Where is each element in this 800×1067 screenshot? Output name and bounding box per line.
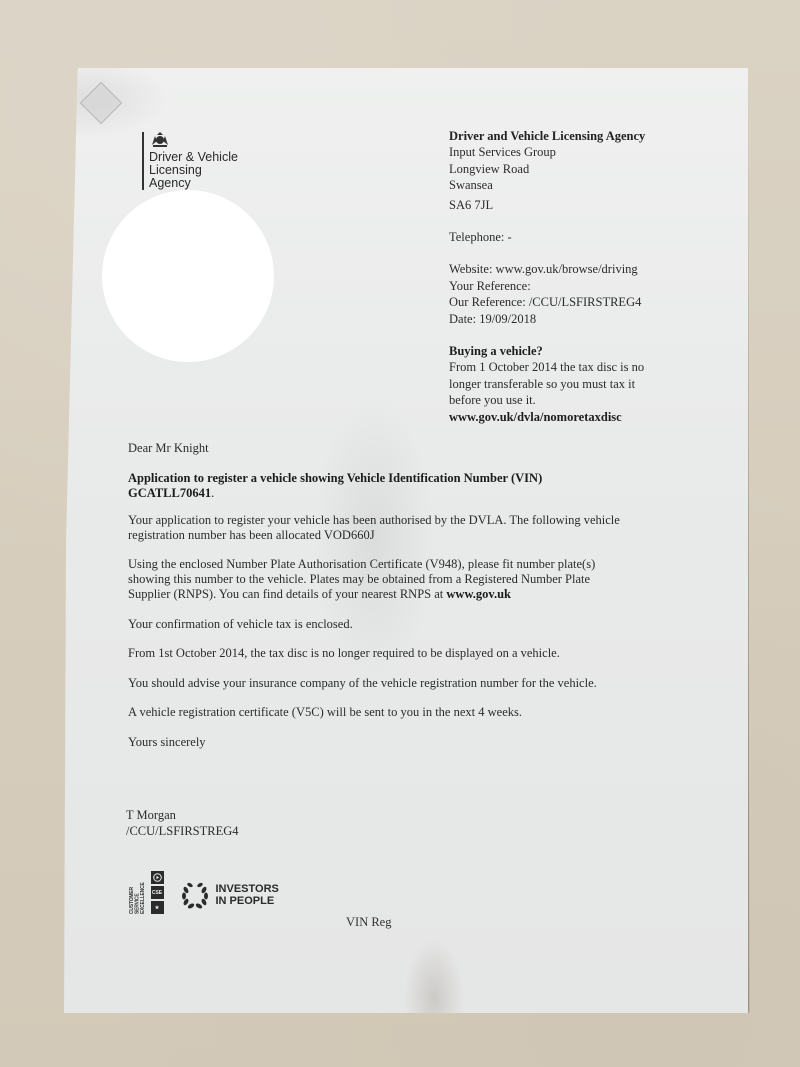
paragraph-v5c: A vehicle registration certificate (V5C)…	[128, 705, 673, 720]
signature-block: T Morgan /CCU/LSFIRSTREG4	[126, 808, 239, 839]
notice-line: longer transferable so you must tax it	[449, 376, 645, 392]
notice-link: www.gov.uk/dvla/nomoretaxdisc	[449, 409, 645, 425]
laurel-wreath-icon	[180, 880, 210, 910]
cse-text: CUSTOMER SERVICE EXCELLENCE	[130, 870, 147, 914]
footer-logos: CUSTOMER SERVICE EXCELLENCE CSE ★	[130, 870, 279, 914]
iip-line: IN PEOPLE	[216, 895, 279, 907]
gov-uk-link: www.gov.uk	[446, 587, 511, 601]
our-reference: Our Reference: /CCU/LSFIRSTREG4	[449, 294, 645, 310]
paragraph-tax-confirmation: Your confirmation of vehicle tax is encl…	[128, 617, 673, 632]
redaction-circle	[102, 190, 274, 362]
paragraph-authorised: Your application to register your vehicl…	[128, 513, 673, 543]
signatory-reference: /CCU/LSFIRSTREG4	[126, 824, 239, 840]
telephone: Telephone: -	[449, 229, 645, 245]
customer-service-excellence-logo: CUSTOMER SERVICE EXCELLENCE CSE ★	[130, 870, 164, 914]
cse-text-line: EXCELLENCE	[141, 870, 147, 914]
notice-line: before you use it.	[449, 392, 645, 408]
notice-title: Buying a vehicle?	[449, 343, 645, 359]
subject-text: Application to register a vehicle showin…	[128, 471, 542, 485]
subject-line: Application to register a vehicle showin…	[128, 471, 673, 501]
dvla-logo: Driver & Vehicle Licensing Agency	[142, 132, 238, 190]
paragraph-number-plate: Using the enclosed Number Plate Authoris…	[128, 557, 673, 602]
royal-crest-icon	[149, 132, 171, 148]
subject-vin: GCATLL70641	[128, 486, 211, 500]
investors-in-people-logo: INVESTORS IN PEOPLE	[180, 880, 279, 910]
play-icon	[151, 871, 164, 884]
letter-body: Dear Mr Knight Application to register a…	[128, 441, 673, 764]
address-line: Input Services Group	[449, 144, 645, 160]
text-line: Using the enclosed Number Plate Authoris…	[128, 557, 595, 571]
cse-badge: CSE	[151, 886, 164, 899]
iip-line: INVESTORS	[216, 883, 279, 895]
salutation: Dear Mr Knight	[128, 441, 673, 456]
letter-date: Date: 19/09/2018	[449, 311, 645, 327]
notice-line: From 1 October 2014 the tax disc is no	[449, 359, 645, 375]
iip-text: INVESTORS IN PEOPLE	[216, 883, 279, 907]
closing: Yours sincerely	[128, 735, 673, 750]
star-icon: ★	[151, 901, 164, 914]
logo-line: Agency	[149, 177, 238, 190]
vin-reg-label: VIN Reg	[346, 915, 391, 930]
text-line: Your application to register your vehicl…	[128, 513, 620, 527]
address-line: Swansea	[449, 177, 645, 193]
postcode: SA6 7JL	[449, 197, 645, 213]
text-line: registration number has been allocated V…	[128, 528, 375, 542]
sender-organisation: Driver and Vehicle Licensing Agency	[449, 128, 645, 144]
signatory-name: T Morgan	[126, 808, 239, 824]
website: Website: www.gov.uk/browse/driving	[449, 261, 645, 277]
paragraph-tax-disc: From 1st October 2014, the tax disc is n…	[128, 646, 673, 661]
sender-address-block: Driver and Vehicle Licensing Agency Inpu…	[449, 128, 645, 425]
subject-end: .	[211, 486, 214, 500]
address-line: Longview Road	[449, 161, 645, 177]
paragraph-insurance: You should advise your insurance company…	[128, 676, 673, 691]
your-reference: Your Reference:	[449, 278, 645, 294]
text-line: Supplier (RNPS). You can find details of…	[128, 587, 446, 601]
staple-mark	[80, 82, 122, 124]
text-line: showing this number to the vehicle. Plat…	[128, 572, 590, 586]
